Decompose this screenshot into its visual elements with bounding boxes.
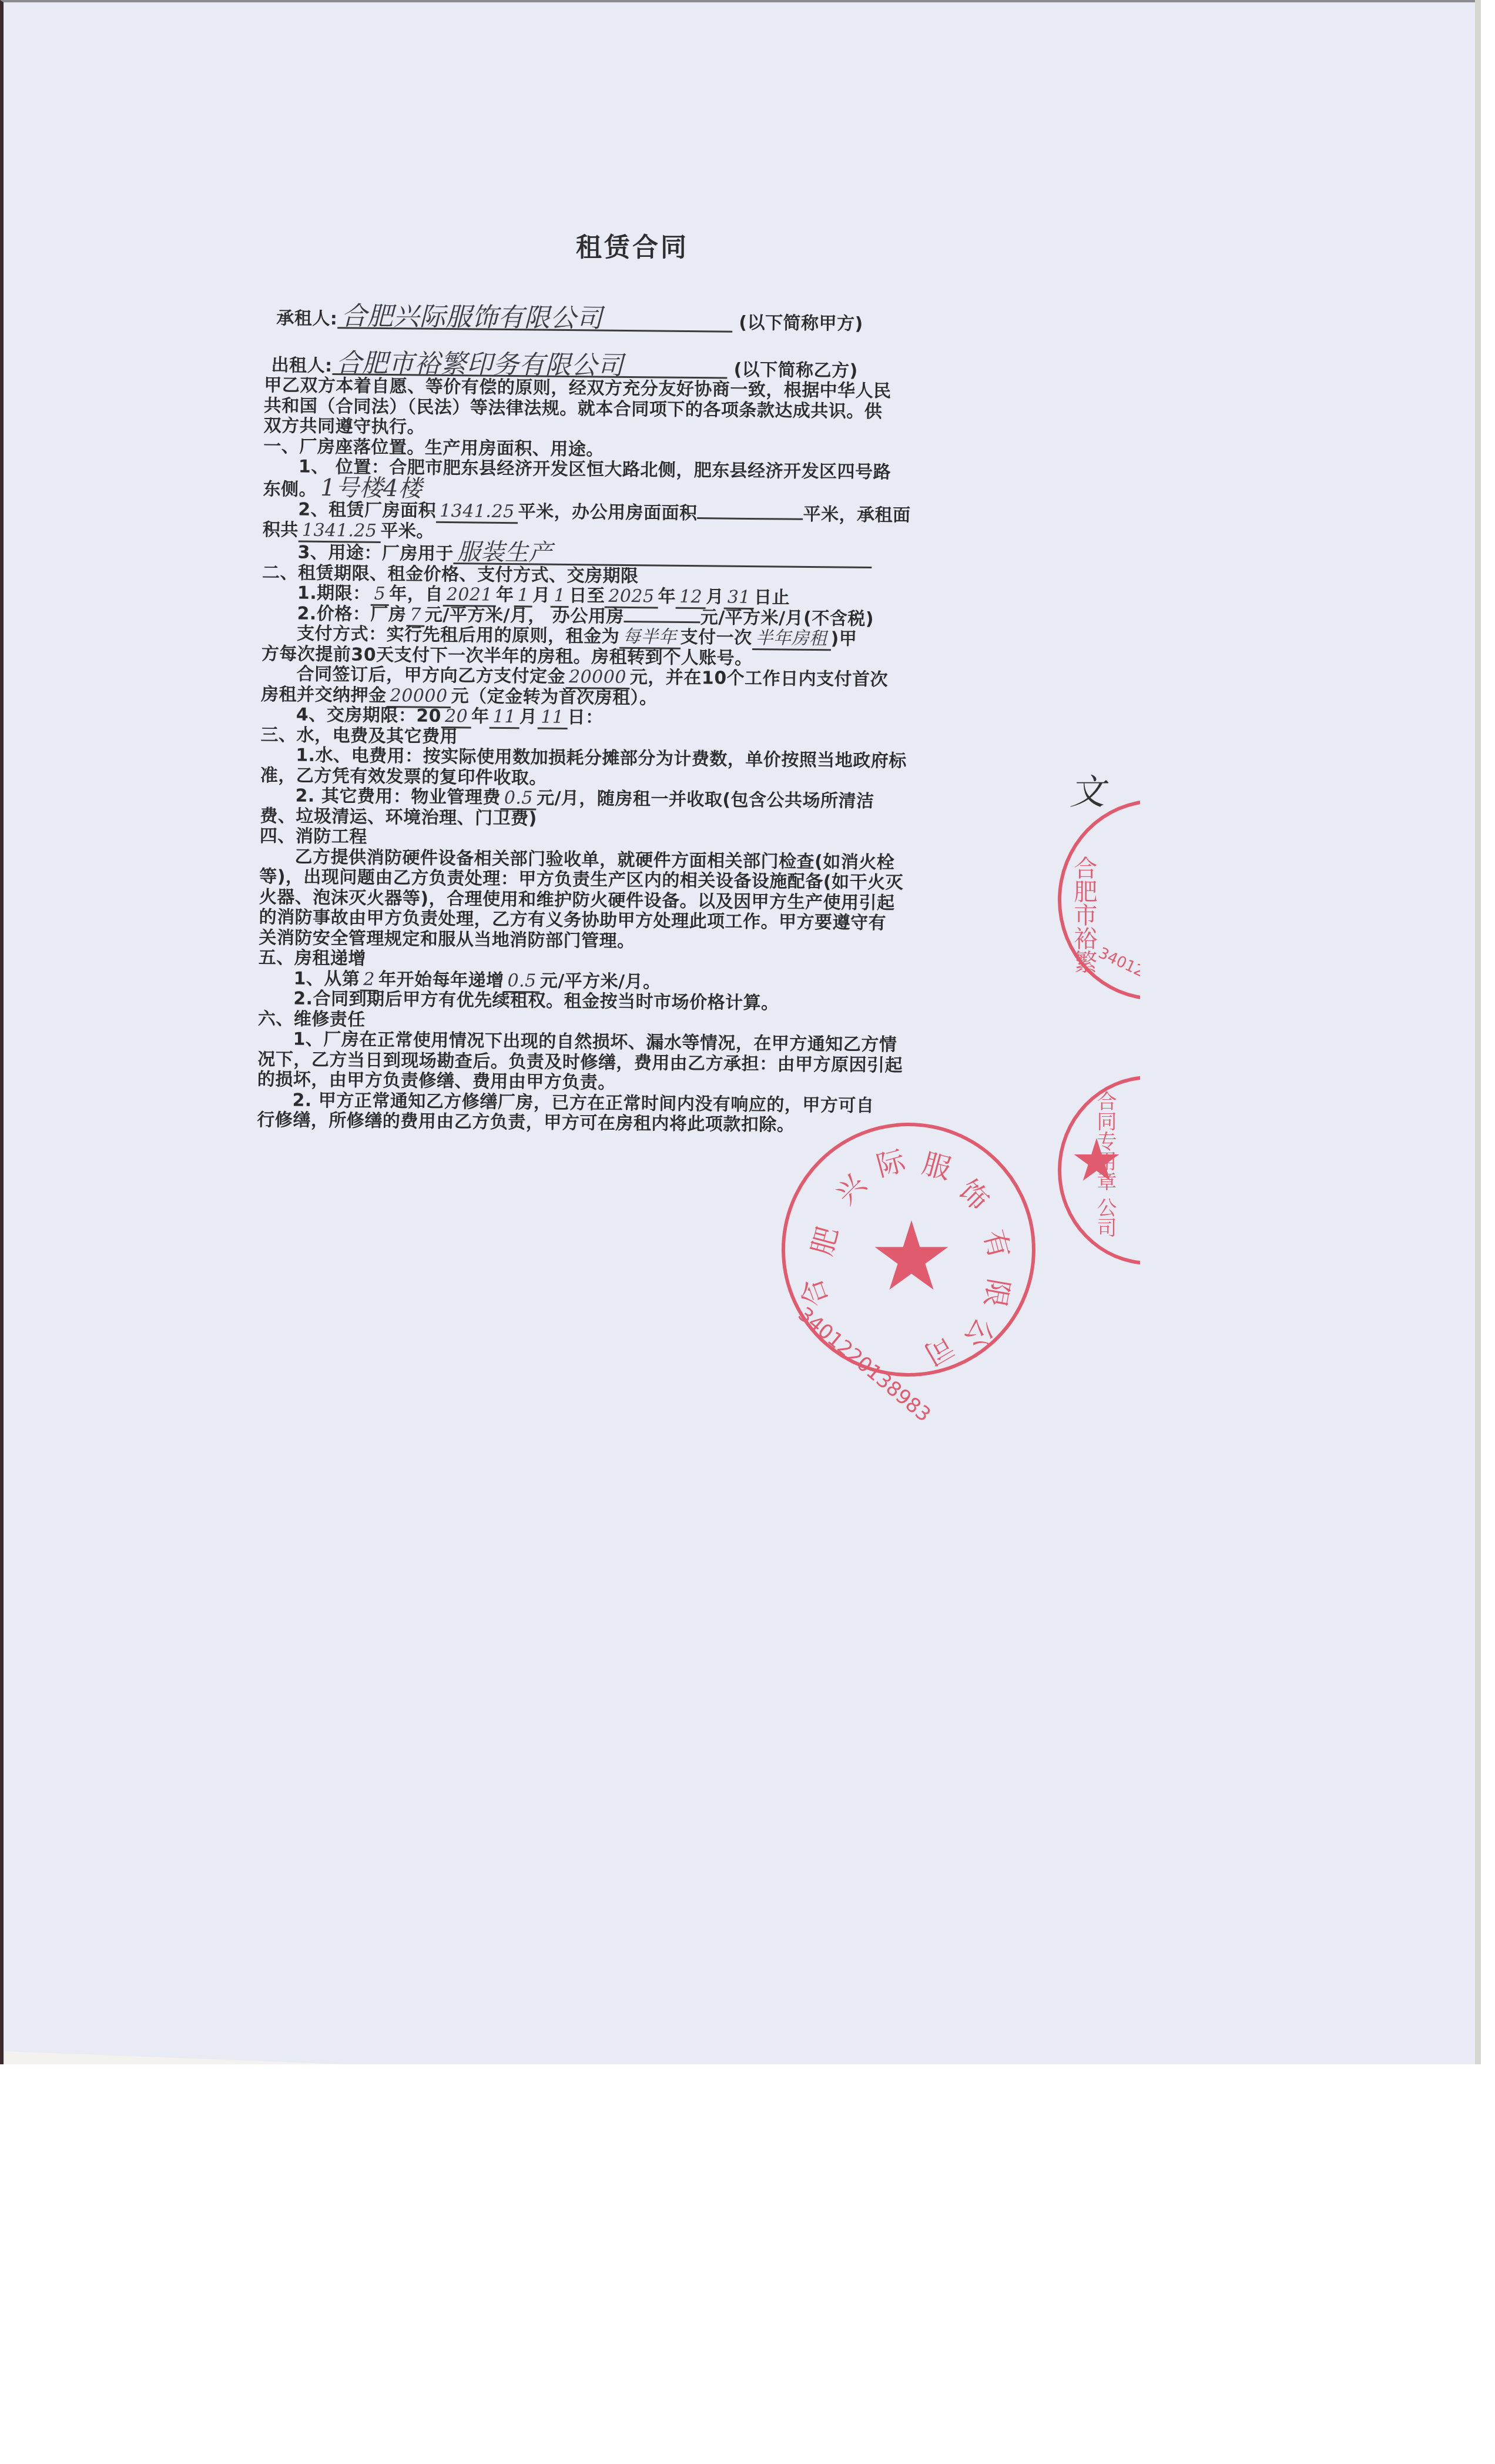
term-years: 5 (370, 584, 389, 606)
fee-value: 0.5 (501, 788, 537, 811)
seal-char: 有 (976, 1224, 1022, 1262)
contract-body: 承租人:合肥兴际服饰有限公司 (以下简称甲方) 出租人:合肥市裕繁印务有限公司 … (257, 217, 1012, 1138)
use-value: 服装生产 (454, 542, 872, 568)
contract-seal-text: 合同专用章 公司 (1091, 1091, 1119, 1237)
seal-char: 肥 (799, 1221, 846, 1259)
location-suffix: 东侧。 (263, 478, 317, 500)
total-area-prefix: 积共 (263, 519, 299, 540)
lessee-alias: (以下简称甲方) (739, 313, 863, 334)
total-area-value: 1341.25 (299, 520, 381, 543)
start-day: 1 (550, 585, 569, 608)
handover-year: 20 (441, 706, 472, 728)
increase-label: 1、从第 (293, 968, 360, 989)
deposit-label: 合同签订后，甲方向乙方支付定金 (296, 664, 565, 687)
office-price-label: 元/平方米/月， 办公用房 (425, 604, 624, 627)
seal-char: 限 (977, 1276, 1021, 1311)
lessor-seal-number: 340122 (1095, 944, 1140, 985)
lessee-value: 合肥兴际服饰有限公司 (337, 306, 732, 332)
lessee-row: 承租人:合肥兴际服饰有限公司 (以下简称甲方) (276, 306, 1011, 336)
company-seal: 合 肥 兴 际 服 饰 有 限 公 司 3401220138983 (782, 1123, 1035, 1377)
increase-year: 2 (360, 969, 378, 991)
office-area-label: 平米，办公用房面面积 (518, 501, 697, 524)
term-from: 年，自 (389, 584, 443, 605)
total-area-suffix: 平米。 (380, 520, 434, 541)
fee-label: 2. 其它费用：物业管理费 (295, 786, 501, 808)
lessor-seal-text: 合肥市裕繁 (1067, 856, 1101, 973)
start-year: 2021 (443, 584, 497, 607)
deposit-suffix: 元，并在10个工作日内支付首次 (630, 667, 889, 690)
seal-char: 兴 (825, 1163, 874, 1212)
guarantee-suffix: 元（定金转为首次房租）。 (451, 686, 657, 708)
handover-day: 11 (537, 707, 568, 729)
area-value: 1341.25 (436, 501, 518, 524)
area-label: 2、租赁厂房面积 (298, 500, 436, 521)
lessor-label: 出租人: (271, 355, 332, 376)
seal-char: 饰 (951, 1169, 1000, 1218)
guarantee-value: 20000 (387, 685, 451, 708)
total-area-label: 平米，承租面 (803, 504, 910, 526)
seal-star-icon (873, 1220, 950, 1297)
contract-seal-fragment: 合同专用章 公司 (1034, 1058, 1140, 1270)
end-month: 12 (676, 587, 706, 609)
office-price-blank (624, 620, 700, 622)
lessor-alias: (以下简称乙方) (733, 359, 858, 381)
payment-amount: 半年房租 (752, 628, 830, 651)
fee-suffix: 元/月，随房租一并收取(包含公共场所清洁 (537, 788, 874, 812)
payment-label: 支付方式：实行先租后用的原则，租金为 (297, 624, 619, 647)
use-label: 3、用途：厂房用于 (297, 543, 454, 565)
lessor-value: 合肥市裕繁印务有限公司 (332, 353, 727, 379)
office-area-blank (698, 517, 803, 520)
price-suffix: 元/平方米/月(不含税) (700, 607, 874, 630)
scan-edge (1475, 0, 1481, 2064)
contract-seal: 合同专用章 公司 (1058, 1076, 1140, 1265)
payment-frequency: 每半年 (619, 627, 681, 650)
term-label: 1.期限： (297, 583, 371, 604)
start-month: 1 (514, 585, 532, 607)
end-day: 31 (724, 587, 755, 610)
handover-label: 4、交房期限：20 (296, 705, 441, 727)
lessee-label: 承租人: (276, 308, 337, 329)
end-year: 2025 (605, 586, 658, 609)
increase-suffix: 元/平方米/月。 (540, 970, 661, 992)
increase-value: 0.5 (504, 970, 540, 993)
payment-mid: 支付一次 (681, 627, 752, 648)
lessor-seal: 合肥市裕繁 340122 (1058, 799, 1140, 1000)
location-handwritten: 1号楼4楼 (317, 474, 426, 502)
price-label: 2.价格：厂房 (297, 603, 406, 625)
increase-mid: 年开始每年递增 (378, 969, 504, 990)
deposit-value: 20000 (565, 667, 630, 689)
handover-month: 11 (489, 707, 519, 729)
signature: 文 (1070, 764, 1105, 815)
guarantee-label: 房租并交纳押金 (261, 684, 387, 705)
seal-char: 际 (871, 1138, 909, 1184)
price-value: 7 (406, 604, 425, 627)
seal-char: 服 (919, 1141, 956, 1187)
